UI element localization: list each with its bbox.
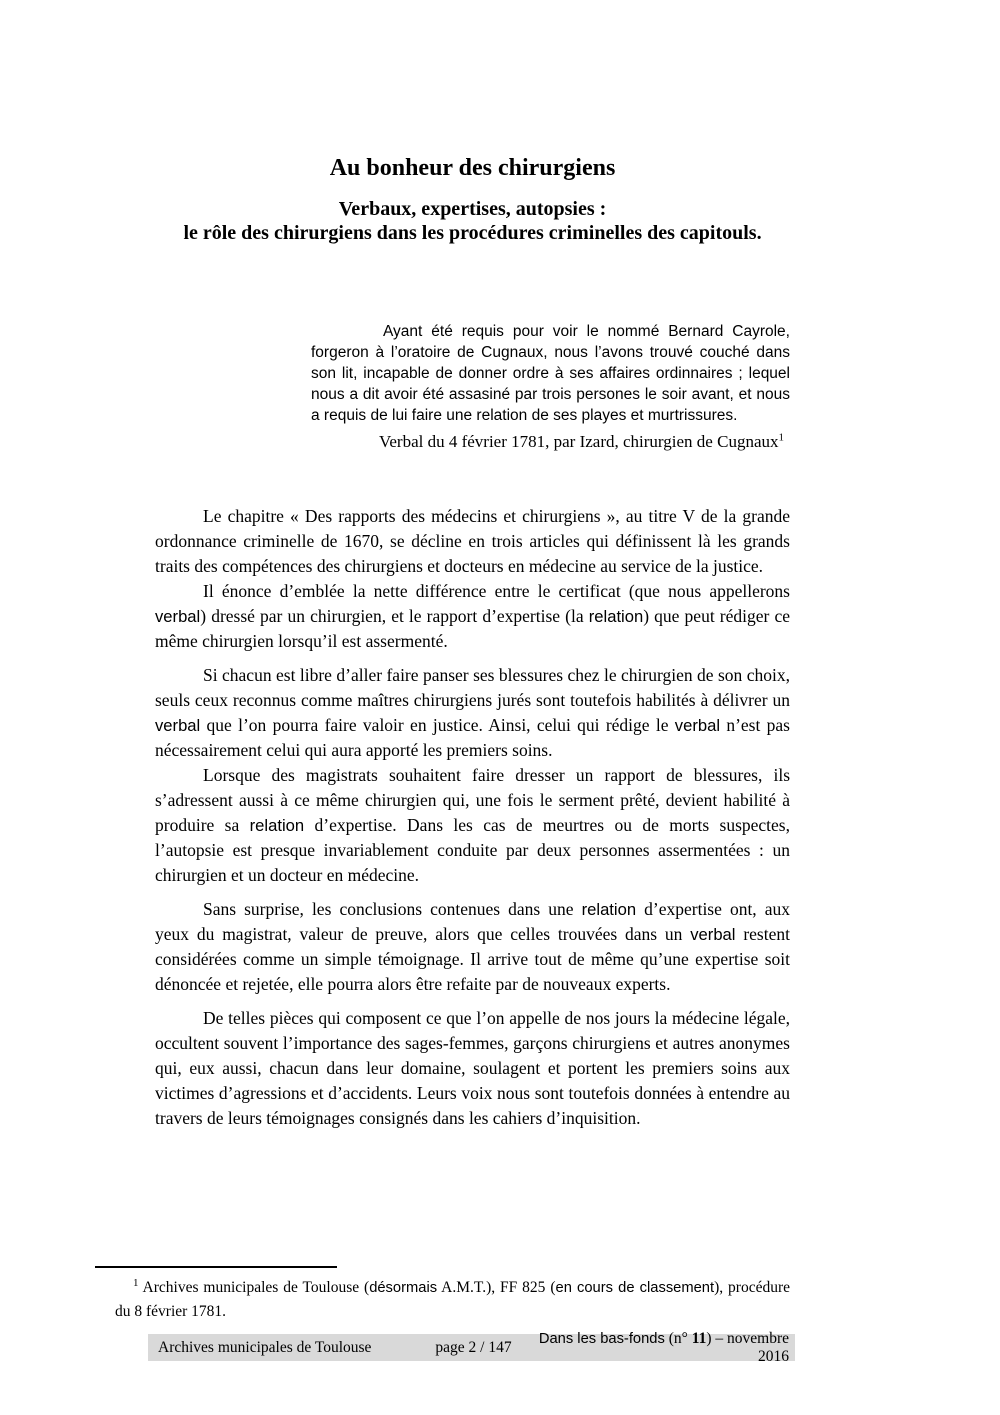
page-title: Au bonheur des chirurgiens xyxy=(155,155,790,183)
epigraph-quote: Ayant été requis pour voir le nommé Bern… xyxy=(311,321,790,426)
footnote: 1 Archives municipales de Toulouse (déso… xyxy=(115,1276,790,1324)
body-text: Le chapitre « Des rapports des médecins … xyxy=(155,504,790,1131)
footer-publication-info: Dans les bas-fonds (n° 11) – novembre 20… xyxy=(512,1330,795,1366)
page-subtitle: Verbaux, expertises, autopsies : le rôle… xyxy=(155,197,790,246)
text-column: Au bonheur des chirurgiens Verbaux, expe… xyxy=(155,0,790,1131)
body-paragraph: Si chacun est libre d’aller faire panser… xyxy=(155,663,790,763)
footnote-separator xyxy=(95,1266,337,1268)
subtitle-line-1: Verbaux, expertises, autopsies : xyxy=(155,197,790,221)
document-page: Au bonheur des chirurgiens Verbaux, expe… xyxy=(0,0,1000,1415)
subtitle-line-2: le rôle des chirurgiens dans les procédu… xyxy=(155,221,790,245)
footer-archive-name: Archives municipales de Toulouse xyxy=(148,1339,435,1357)
body-paragraph: De telles pièces qui composent ce que l’… xyxy=(155,1006,790,1131)
quote-attribution-text: Verbal du 4 février 1781, par Izard, chi… xyxy=(379,432,779,451)
body-paragraph: Sans surprise, les conclusions contenues… xyxy=(155,897,790,997)
footer-page-number: page 2 / 147 xyxy=(435,1339,511,1357)
quote-attribution: Verbal du 4 février 1781, par Izard, chi… xyxy=(311,432,790,452)
footnote-reference-mark: 1 xyxy=(779,432,785,444)
body-paragraph: Lorsque des magistrats souhaitent faire … xyxy=(155,763,790,888)
body-paragraph: Il énonce d’emblée la nette différence e… xyxy=(155,579,790,654)
footnote-text: Archives municipales de Toulouse (désorm… xyxy=(115,1279,790,1320)
footer-bar: Archives municipales de Toulouse page 2 … xyxy=(148,1334,795,1361)
body-paragraph: Le chapitre « Des rapports des médecins … xyxy=(155,504,790,579)
